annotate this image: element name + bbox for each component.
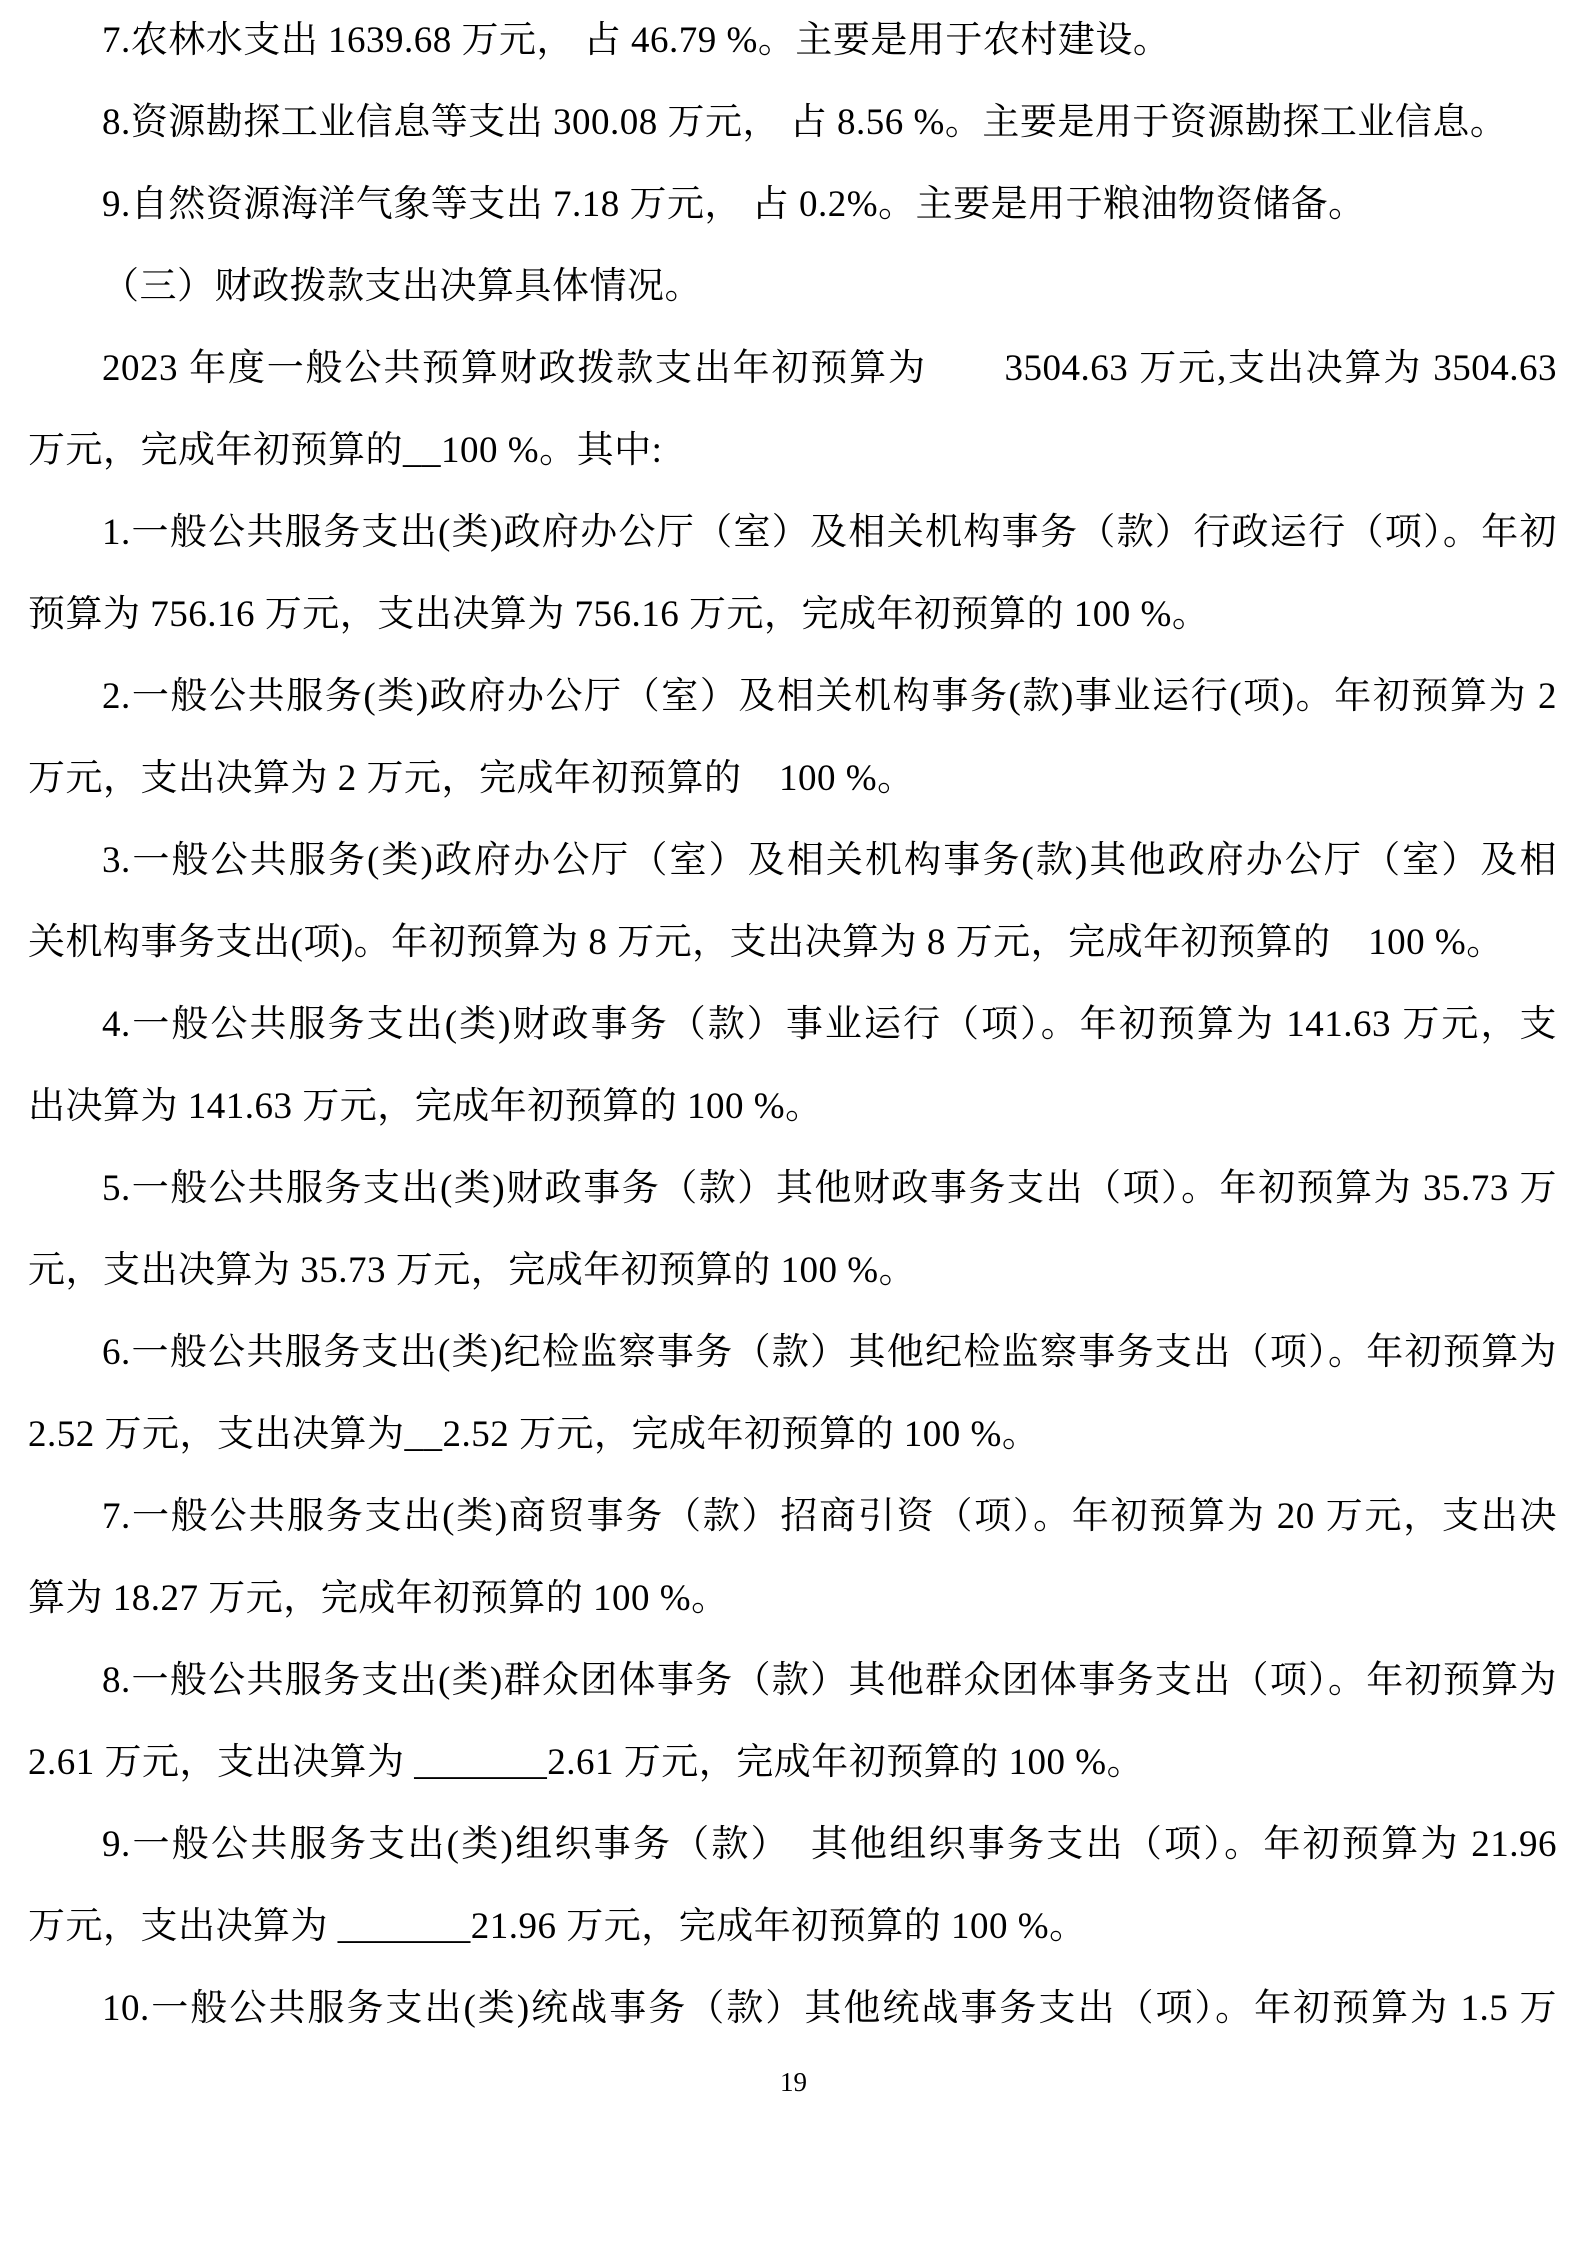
body-line: 算为 18.27 万元，完成年初预算的 100 %。 bbox=[28, 1558, 1557, 1640]
body-line: 2.52 万元，支出决算为__2.52 万元，完成年初预算的 100 %。 bbox=[28, 1394, 1557, 1476]
body-line: 9.一般公共服务支出(类)组织事务（款） 其他组织事务支出（项）。年初预算为 2… bbox=[28, 1804, 1557, 1886]
body-line: 2.一般公共服务(类)政府办公厅（室）及相关机构事务(款)事业运行(项)。年初预… bbox=[28, 656, 1557, 738]
body-line: 4.一般公共服务支出(类)财政事务（款）事业运行（项）。年初预算为 141.63… bbox=[28, 984, 1557, 1066]
body-line: 万元，支出决算为 2 万元，完成年初预算的 100 %。 bbox=[28, 738, 1557, 820]
section-heading: （三）财政拨款支出决算具体情况。 bbox=[28, 246, 1557, 328]
body-line: 万元，支出决算为 _______21.96 万元，完成年初预算的 100 %。 bbox=[28, 1886, 1557, 1968]
page-number: 19 bbox=[0, 2066, 1587, 2098]
body-line: 8.一般公共服务支出(类)群众团体事务（款）其他群众团体事务支出（项）。年初预算… bbox=[28, 1640, 1557, 1722]
body-line: 关机构事务支出(项)。年初预算为 8 万元，支出决算为 8 万元，完成年初预算的… bbox=[28, 902, 1557, 984]
body-line: 2.61 万元，支出决算为 _______2.61 万元，完成年初预算的 100… bbox=[28, 1722, 1557, 1804]
body-line: 万元，完成年初预算的__100 %。其中: bbox=[28, 410, 1557, 492]
body-line: 5.一般公共服务支出(类)财政事务（款）其他财政事务支出（项）。年初预算为 35… bbox=[28, 1148, 1557, 1230]
body-line: 7.农林水支出 1639.68 万元， 占 46.79 %。主要是用于农村建设。 bbox=[28, 0, 1557, 82]
body-line: 9.自然资源海洋气象等支出 7.18 万元， 占 0.2%。主要是用于粮油物资储… bbox=[28, 164, 1557, 246]
body-line: 1.一般公共服务支出(类)政府办公厅（室）及相关机构事务（款）行政运行（项）。年… bbox=[28, 492, 1557, 574]
body-line: 3.一般公共服务(类)政府办公厅（室）及相关机构事务(款)其他政府办公厅（室）及… bbox=[28, 820, 1557, 902]
body-line: 2023 年度一般公共预算财政拨款支出年初预算为 3504.63 万元,支出决算… bbox=[28, 328, 1557, 410]
body-line: 元，支出决算为 35.73 万元，完成年初预算的 100 %。 bbox=[28, 1230, 1557, 1312]
document-page: 7.农林水支出 1639.68 万元， 占 46.79 %。主要是用于农村建设。… bbox=[0, 0, 1587, 2245]
body-line: 7.一般公共服务支出(类)商贸事务（款）招商引资（项）。年初预算为 20 万元，… bbox=[28, 1476, 1557, 1558]
body-line: 出决算为 141.63 万元，完成年初预算的 100 %。 bbox=[28, 1066, 1557, 1148]
body-line: 8.资源勘探工业信息等支出 300.08 万元， 占 8.56 %。主要是用于资… bbox=[28, 82, 1557, 164]
body-line: 10.一般公共服务支出(类)统战事务（款）其他统战事务支出（项）。年初预算为 1… bbox=[28, 1968, 1557, 2050]
body-line: 6.一般公共服务支出(类)纪检监察事务（款）其他纪检监察事务支出（项）。年初预算… bbox=[28, 1312, 1557, 1394]
body-line: 预算为 756.16 万元，支出决算为 756.16 万元，完成年初预算的 10… bbox=[28, 574, 1557, 656]
